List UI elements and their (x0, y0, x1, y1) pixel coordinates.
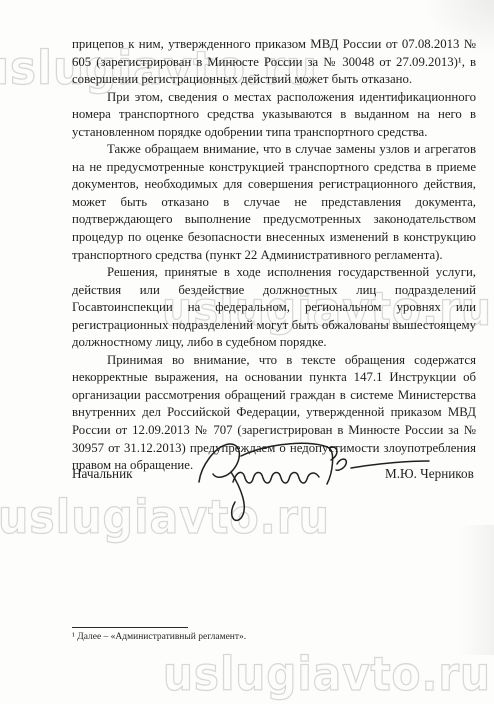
signature-stroke (233, 472, 319, 483)
signature-stroke (336, 459, 346, 470)
body-paragraph: Также обращаем внимание, что в случае за… (72, 141, 476, 264)
body-paragraph: Решения, принятые в ходе исполнения госу… (72, 264, 476, 352)
scanned-letter-page: uslugiavto.ru uslugiavto.ru uslugiavto.r… (0, 0, 494, 704)
letter-body: прицепов к ним, утвержденного приказом М… (72, 36, 476, 475)
body-paragraph: прицепов к ним, утвержденного приказом М… (72, 36, 476, 89)
body-paragraph: При этом, сведения о местах расположения… (72, 89, 476, 142)
watermark-text: uslugiavto.ru (163, 647, 491, 701)
watermark-bottom-right: uslugiavto.ru (163, 645, 494, 704)
scan-artifact-edge (460, 525, 494, 655)
signatory-name: М.Ю. Черников (385, 466, 474, 482)
signature-stroke (241, 443, 333, 484)
signatory-title: Начальник (72, 466, 133, 482)
footnote-text: ¹ Далее – «Административный регламент». (72, 632, 246, 642)
footnote-divider (72, 627, 188, 628)
signature-stroke (231, 472, 244, 520)
